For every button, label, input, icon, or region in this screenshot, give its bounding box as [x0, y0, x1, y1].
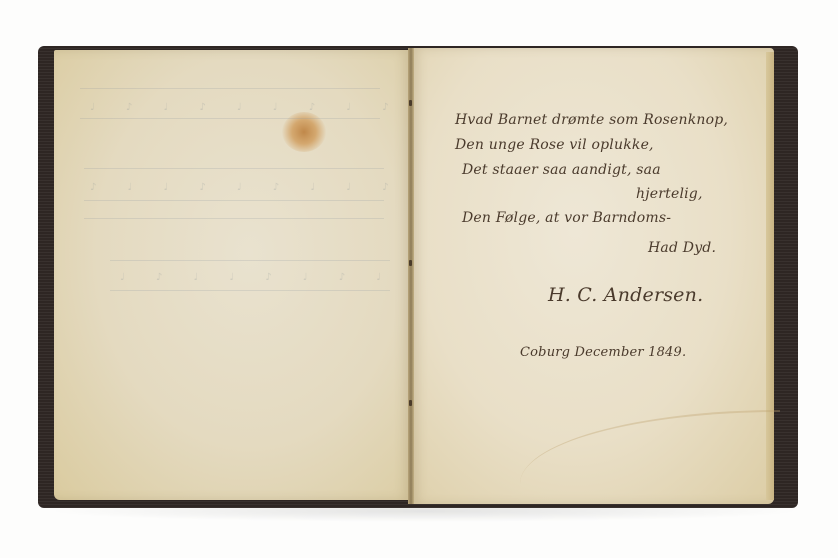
music-notes-show-through: ♩ ♪ ♩ ♪ ♩ ♩ ♪ ♩ ♪	[90, 102, 403, 113]
poem-line-6: Had Dyd.	[648, 240, 716, 256]
signature: H. C. Andersen.	[548, 284, 703, 306]
poem-line-1: Hvad Barnet drømte som Rosenknop,	[455, 112, 728, 128]
binding-stitch	[409, 260, 412, 266]
music-staff-line	[80, 118, 380, 119]
binding-stitch	[409, 100, 412, 106]
music-staff-line	[84, 200, 384, 201]
poem-line-3: Det staaer saa aandigt, saa	[462, 162, 661, 178]
music-staff-line	[84, 168, 384, 169]
photo-scene: ♩ ♪ ♩ ♪ ♩ ♩ ♪ ♩ ♪ ♪ ♩ ♩ ♪ ♩ ♪ ♩ ♩ ♪ ♩ ♪ …	[0, 0, 838, 558]
music-notes-show-through: ♪ ♩ ♩ ♪ ♩ ♪ ♩ ♩ ♪	[90, 182, 403, 193]
music-notes-show-through: ♩ ♪ ♩ ♩ ♪ ♩ ♪ ♩	[120, 272, 395, 283]
poem-line-4: hjertelig,	[636, 186, 703, 202]
poem-line-2: Den unge Rose vil oplukke,	[455, 137, 654, 153]
binding-stitch	[409, 400, 412, 406]
music-staff-line	[84, 218, 384, 219]
music-staff-line	[110, 260, 390, 261]
place-date: Coburg December 1849.	[520, 345, 686, 360]
poem-line-5: Den Følge, at vor Barndoms-	[462, 210, 671, 226]
music-staff-line	[110, 290, 390, 291]
book-gutter	[408, 48, 414, 504]
music-staff-line	[80, 88, 380, 89]
